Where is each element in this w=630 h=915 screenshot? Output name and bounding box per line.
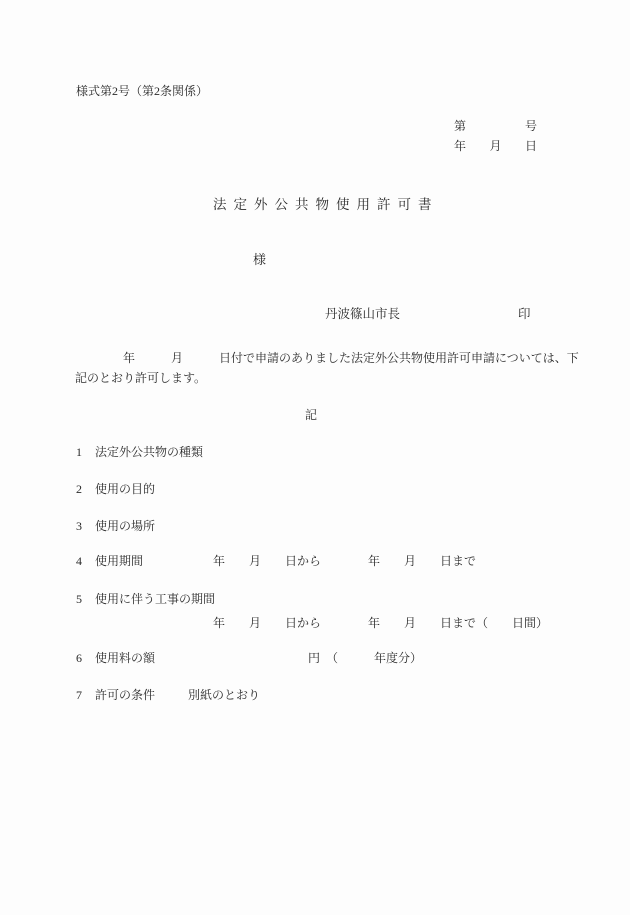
item-row-4: 4 使用期間 年 月 日から 年 月 日まで	[0, 554, 630, 570]
issuer-row: 丹波篠山市長 印	[0, 307, 630, 323]
date-month-label: 月	[489, 139, 501, 153]
form-number-label: 様式第2号（第2条関係）	[76, 84, 208, 98]
construction-period-to-field: 年 月 日まで（ 日間）	[368, 616, 548, 630]
item-label: 許可の条件	[95, 688, 155, 702]
document-number-suffix: 号	[525, 119, 537, 133]
item-row-6: 6 使用料の額 円 （ 年度分）	[0, 651, 630, 667]
record-heading: 記	[305, 408, 317, 422]
item-label: 使用の目的	[95, 482, 155, 496]
issuer-seal-mark: 印	[518, 307, 531, 321]
item-row-5: 5 使用に伴う工事の期間	[0, 592, 630, 608]
item-number: 1	[76, 445, 82, 459]
body-paragraph-line1: 年 月 日付で申請のありました法定外公共物使用許可申請については、下	[75, 351, 585, 365]
construction-period-from-field: 年 月 日から	[213, 616, 321, 630]
item-number: 7	[76, 688, 82, 702]
issue-date-line: 年 月 日	[454, 139, 537, 153]
addressee-honorific: 様	[253, 253, 266, 267]
item-row-2: 2 使用の目的	[0, 482, 630, 498]
item-label: 使用の場所	[95, 519, 155, 533]
item-number: 6	[76, 651, 82, 665]
item-row-7: 7 許可の条件 別紙のとおり	[0, 688, 630, 704]
item-row-5-period-line: 年 月 日から 年 月 日まで（ 日間）	[0, 616, 630, 632]
item-number: 3	[76, 519, 82, 533]
item-number: 5	[76, 592, 82, 606]
document-title: 法定外公共物使用許可書	[213, 197, 439, 213]
item-row-3: 3 使用の場所	[0, 519, 630, 535]
item-number: 2	[76, 482, 82, 496]
document-number-prefix: 第	[454, 119, 466, 133]
date-year-label: 年	[454, 139, 466, 153]
item-number: 4	[76, 554, 82, 568]
item-label: 使用期間	[95, 554, 143, 568]
permit-document-page: 様式第2号（第2条関係） 第 号 年 月 日 法定外公共物使用許可書 様 丹波篠…	[0, 0, 630, 915]
usage-period-to-field: 年 月 日まで	[368, 554, 476, 568]
usage-fee-field: 円 （ 年度分）	[308, 651, 422, 665]
item-label: 使用料の額	[95, 651, 155, 665]
item-label: 法定外公共物の種類	[95, 445, 203, 459]
body-paragraph-line2: 記のとおり許可します。	[75, 371, 585, 385]
usage-period-from-field: 年 月 日から	[213, 554, 321, 568]
permit-conditions-value: 別紙のとおり	[188, 688, 260, 702]
date-day-label: 日	[525, 139, 537, 153]
document-number-line: 第 号	[454, 119, 537, 133]
item-label: 使用に伴う工事の期間	[95, 592, 215, 606]
item-row-1: 1 法定外公共物の種類	[0, 445, 630, 461]
issuer-name: 丹波篠山市長	[325, 307, 400, 321]
